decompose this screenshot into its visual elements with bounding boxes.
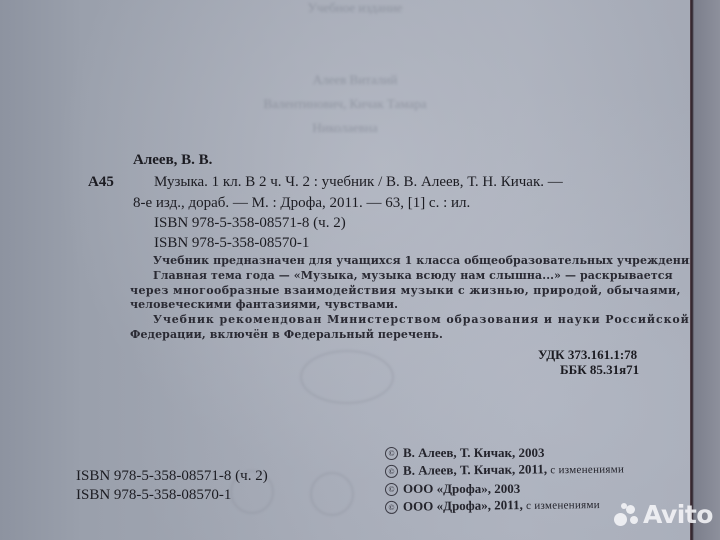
annotation-line: Учебник предназначен для учащихся 1 клас…	[153, 254, 701, 267]
watermark-brand: Avito	[643, 500, 713, 529]
isbn-line: ISBN 978-5-358-08570-1	[154, 235, 309, 252]
annotation-line: Главная тема года — «Музыка, музыка всюд…	[153, 269, 673, 282]
book-page: Учебное издание Алеев Виталий Валентинов…	[0, 0, 692, 540]
book-spine-gutter	[690, 0, 720, 540]
annotation-line: через многообразные взаимодействия музык…	[130, 284, 681, 297]
copyright-icon: ©	[385, 483, 398, 496]
classification-code: А45	[88, 174, 114, 191]
catalog-author-heading: Алеев, В. В.	[133, 152, 212, 169]
show-through-text: Валентинович, Кичак Тамара	[190, 96, 500, 112]
annotation-line: человеческими фантазиями, чувствами.	[130, 298, 398, 311]
copyright-line: ©В. Алеев, Т. Кичак, 2011, с изменениями	[385, 460, 624, 479]
annotation-line: Федерации, включён в Федеральный перечен…	[130, 328, 443, 341]
bibliographic-description-line: 8-е изд., дораб. — М. : Дрофа, 2011. — 6…	[133, 195, 470, 212]
isbn-line: ISBN 978-5-358-08570-1	[76, 487, 231, 504]
show-through-text: Николаевна	[245, 120, 445, 136]
copyright-text: ООО «Дрофа», 2003	[403, 481, 520, 496]
udk-code: УДК 373.161.1:78	[538, 347, 637, 363]
copyright-text: ООО «Дрофа», 2011,	[403, 497, 526, 514]
isbn-line: ISBN 978-5-358-08571-8 (ч. 2)	[76, 468, 268, 485]
bibliographic-description-line: Музыка. 1 кл. В 2 ч. Ч. 2 : учебник / В.…	[154, 174, 563, 191]
copyright-line: ©ООО «Дрофа», 2011, с изменениями	[385, 496, 600, 515]
copyright-note: с изменениями	[550, 463, 624, 476]
avito-watermark: Avito	[614, 500, 713, 529]
copyright-line: ©В. Алеев, Т. Кичак, 2003	[385, 445, 545, 461]
copyright-icon: ©	[385, 501, 398, 514]
show-through-text: Учебное издание	[280, 0, 430, 16]
copyright-text: В. Алеев, Т. Кичак, 2011,	[403, 461, 550, 478]
copyright-icon: ©	[385, 465, 398, 478]
isbn-line: ISBN 978-5-358-08571-8 (ч. 2)	[154, 215, 346, 232]
copyright-note: с изменениями	[526, 499, 600, 512]
bbk-code: ББК 85.31я71	[560, 362, 639, 378]
annotation-line: Учебник рекомендован Министерством образ…	[153, 313, 690, 326]
show-through-text: Алеев Виталий	[280, 72, 430, 88]
copyright-line: ©ООО «Дрофа», 2003	[385, 481, 520, 497]
faint-stamp-shape	[300, 350, 394, 404]
copyright-text: В. Алеев, Т. Кичак, 2003	[403, 445, 545, 460]
avito-dots-icon	[614, 503, 640, 527]
faint-stamp-shape	[310, 472, 354, 516]
copyright-icon: ©	[385, 447, 398, 460]
